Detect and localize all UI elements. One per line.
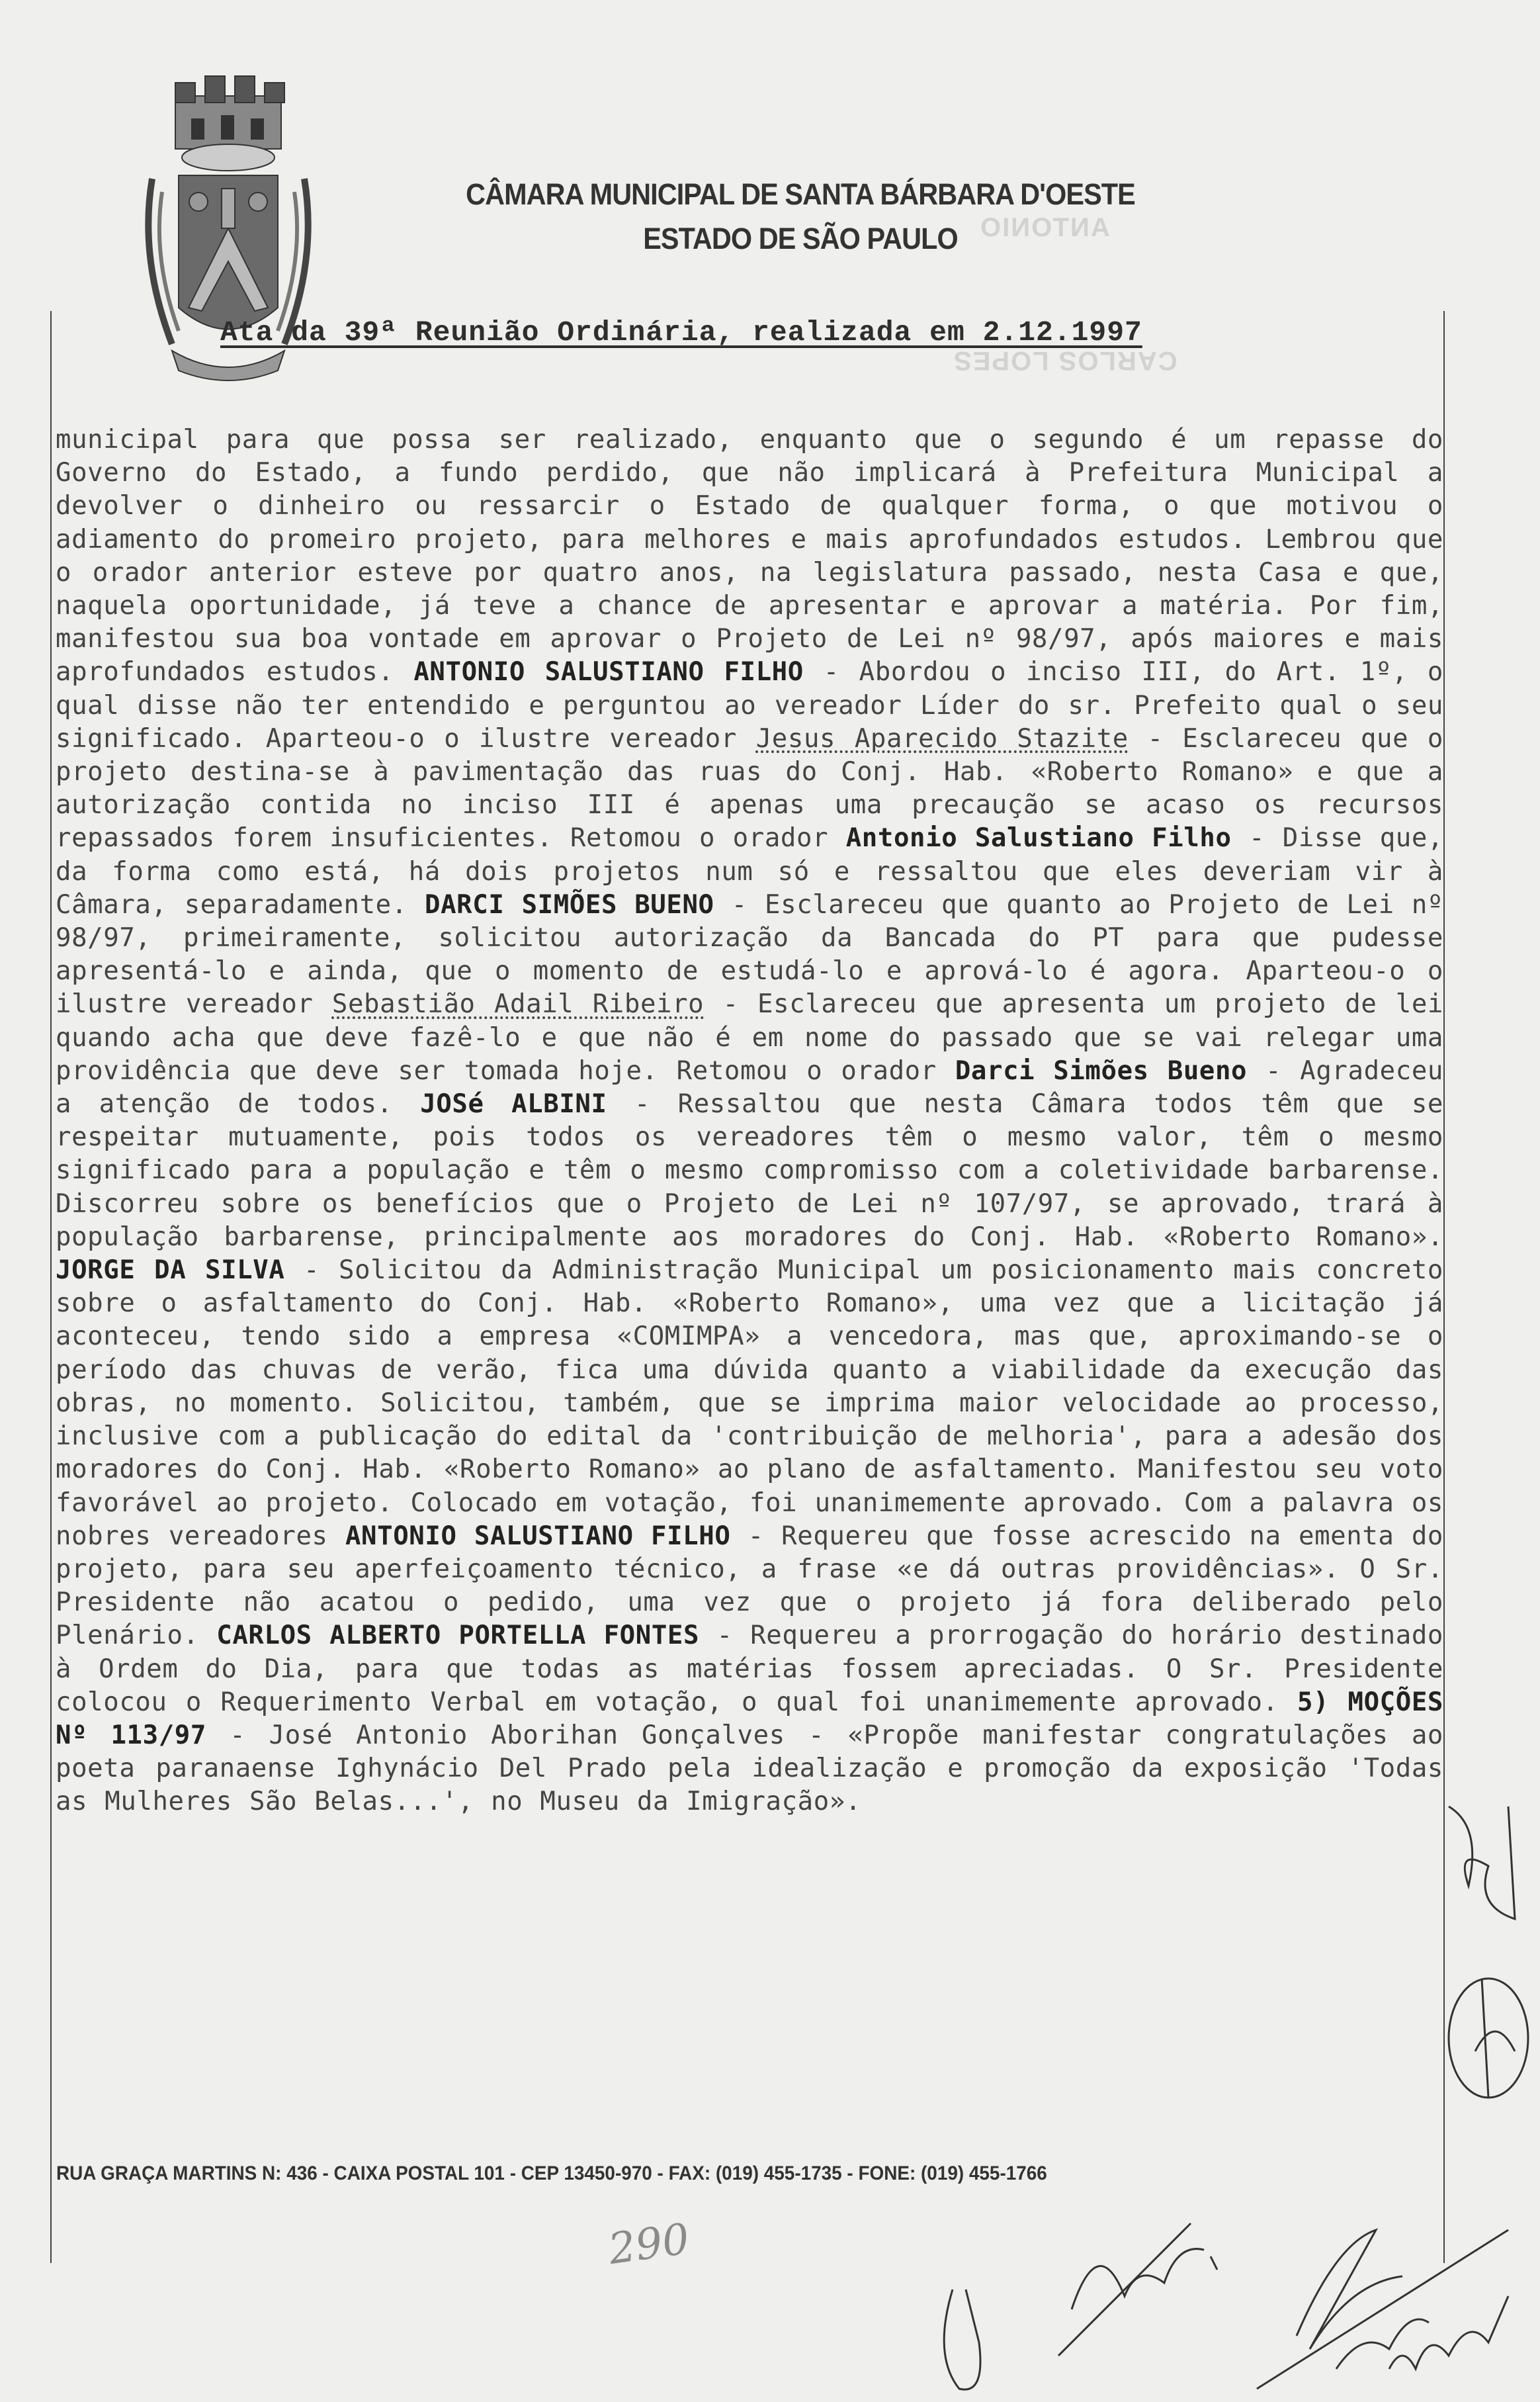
aparte-speaker-name: Jesus Aparecido Stazite <box>756 724 1129 754</box>
speaker-name: Darci Simões Bueno <box>955 1056 1247 1086</box>
speaker-name: JORGE DA SILVA <box>56 1255 284 1285</box>
speaker-name: ANTONIO SALUSTIANO FILHO <box>345 1521 730 1551</box>
signature-initials-icon <box>1376 2290 1535 2395</box>
handwritten-page-number: 290 <box>605 2215 692 2274</box>
footer-address: RUA GRAÇA MARTINS N: 436 - CAIXA POSTAL … <box>56 2162 1410 2185</box>
bleed-through-stamp: ANTONIO <box>979 213 1110 243</box>
institution-name: CÂMARA MUNICIPAL DE SANTA BÁRBARA D'OEST… <box>405 177 1196 212</box>
minutes-body: municipal para que possa ser realizado, … <box>56 423 1443 1819</box>
speaker-name: DARCI SIMÕES BUENO <box>425 890 714 920</box>
signature-scribbles-icon <box>926 2203 1521 2402</box>
page-border-left <box>50 311 52 2263</box>
signature-loop-icon <box>926 2276 1058 2402</box>
minutes-text-run: - José Antonio Aborihan Gonçalves - «Pro… <box>56 1720 1443 1816</box>
minutes-text-run: - Solicitou da Administração Municipal u… <box>56 1255 1443 1551</box>
minutes-title: Ata da 39ª Reunião Ordinária, realizada … <box>220 316 1142 349</box>
margin-initials-icon <box>1442 1787 1540 2104</box>
speaker-name: Antonio Salustiano Filho <box>846 823 1232 853</box>
minutes-text-run: municipal para que possa ser realizado, … <box>56 425 1443 687</box>
aparte-speaker-name: Sebastião Adail Ribeiro <box>332 989 704 1019</box>
speaker-name: ANTONIO SALUSTIANO FILHO <box>413 657 804 687</box>
speaker-name: JOSé ALBINI <box>420 1089 607 1119</box>
bleed-through-stamp: CARLOS LOPES <box>953 345 1177 375</box>
page-border-right <box>1443 311 1445 2263</box>
speaker-name: CARLOS ALBERTO PORTELLA FONTES <box>216 1621 699 1650</box>
